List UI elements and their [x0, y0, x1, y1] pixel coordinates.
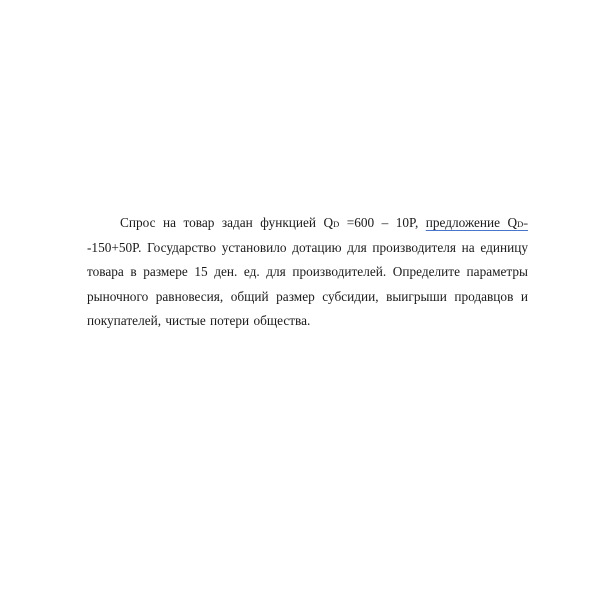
document-page: Спрос на товар задан функцией QD =600 – …	[0, 0, 600, 600]
paragraph-text-1: Спрос на товар задан функцией Q	[120, 215, 333, 230]
paragraph-text-2: =600 – 10P,	[339, 215, 426, 230]
spellcheck-underlined-text[interactable]: предложение QD=	[426, 215, 528, 230]
paragraph-text-3: -150+50P. Государство установило дотацию…	[87, 240, 528, 328]
supply-word: предложение Q	[426, 215, 517, 230]
problem-paragraph: Спрос на товар задан функцией QD =600 – …	[87, 211, 528, 333]
supply-subscript: D=	[517, 219, 528, 229]
